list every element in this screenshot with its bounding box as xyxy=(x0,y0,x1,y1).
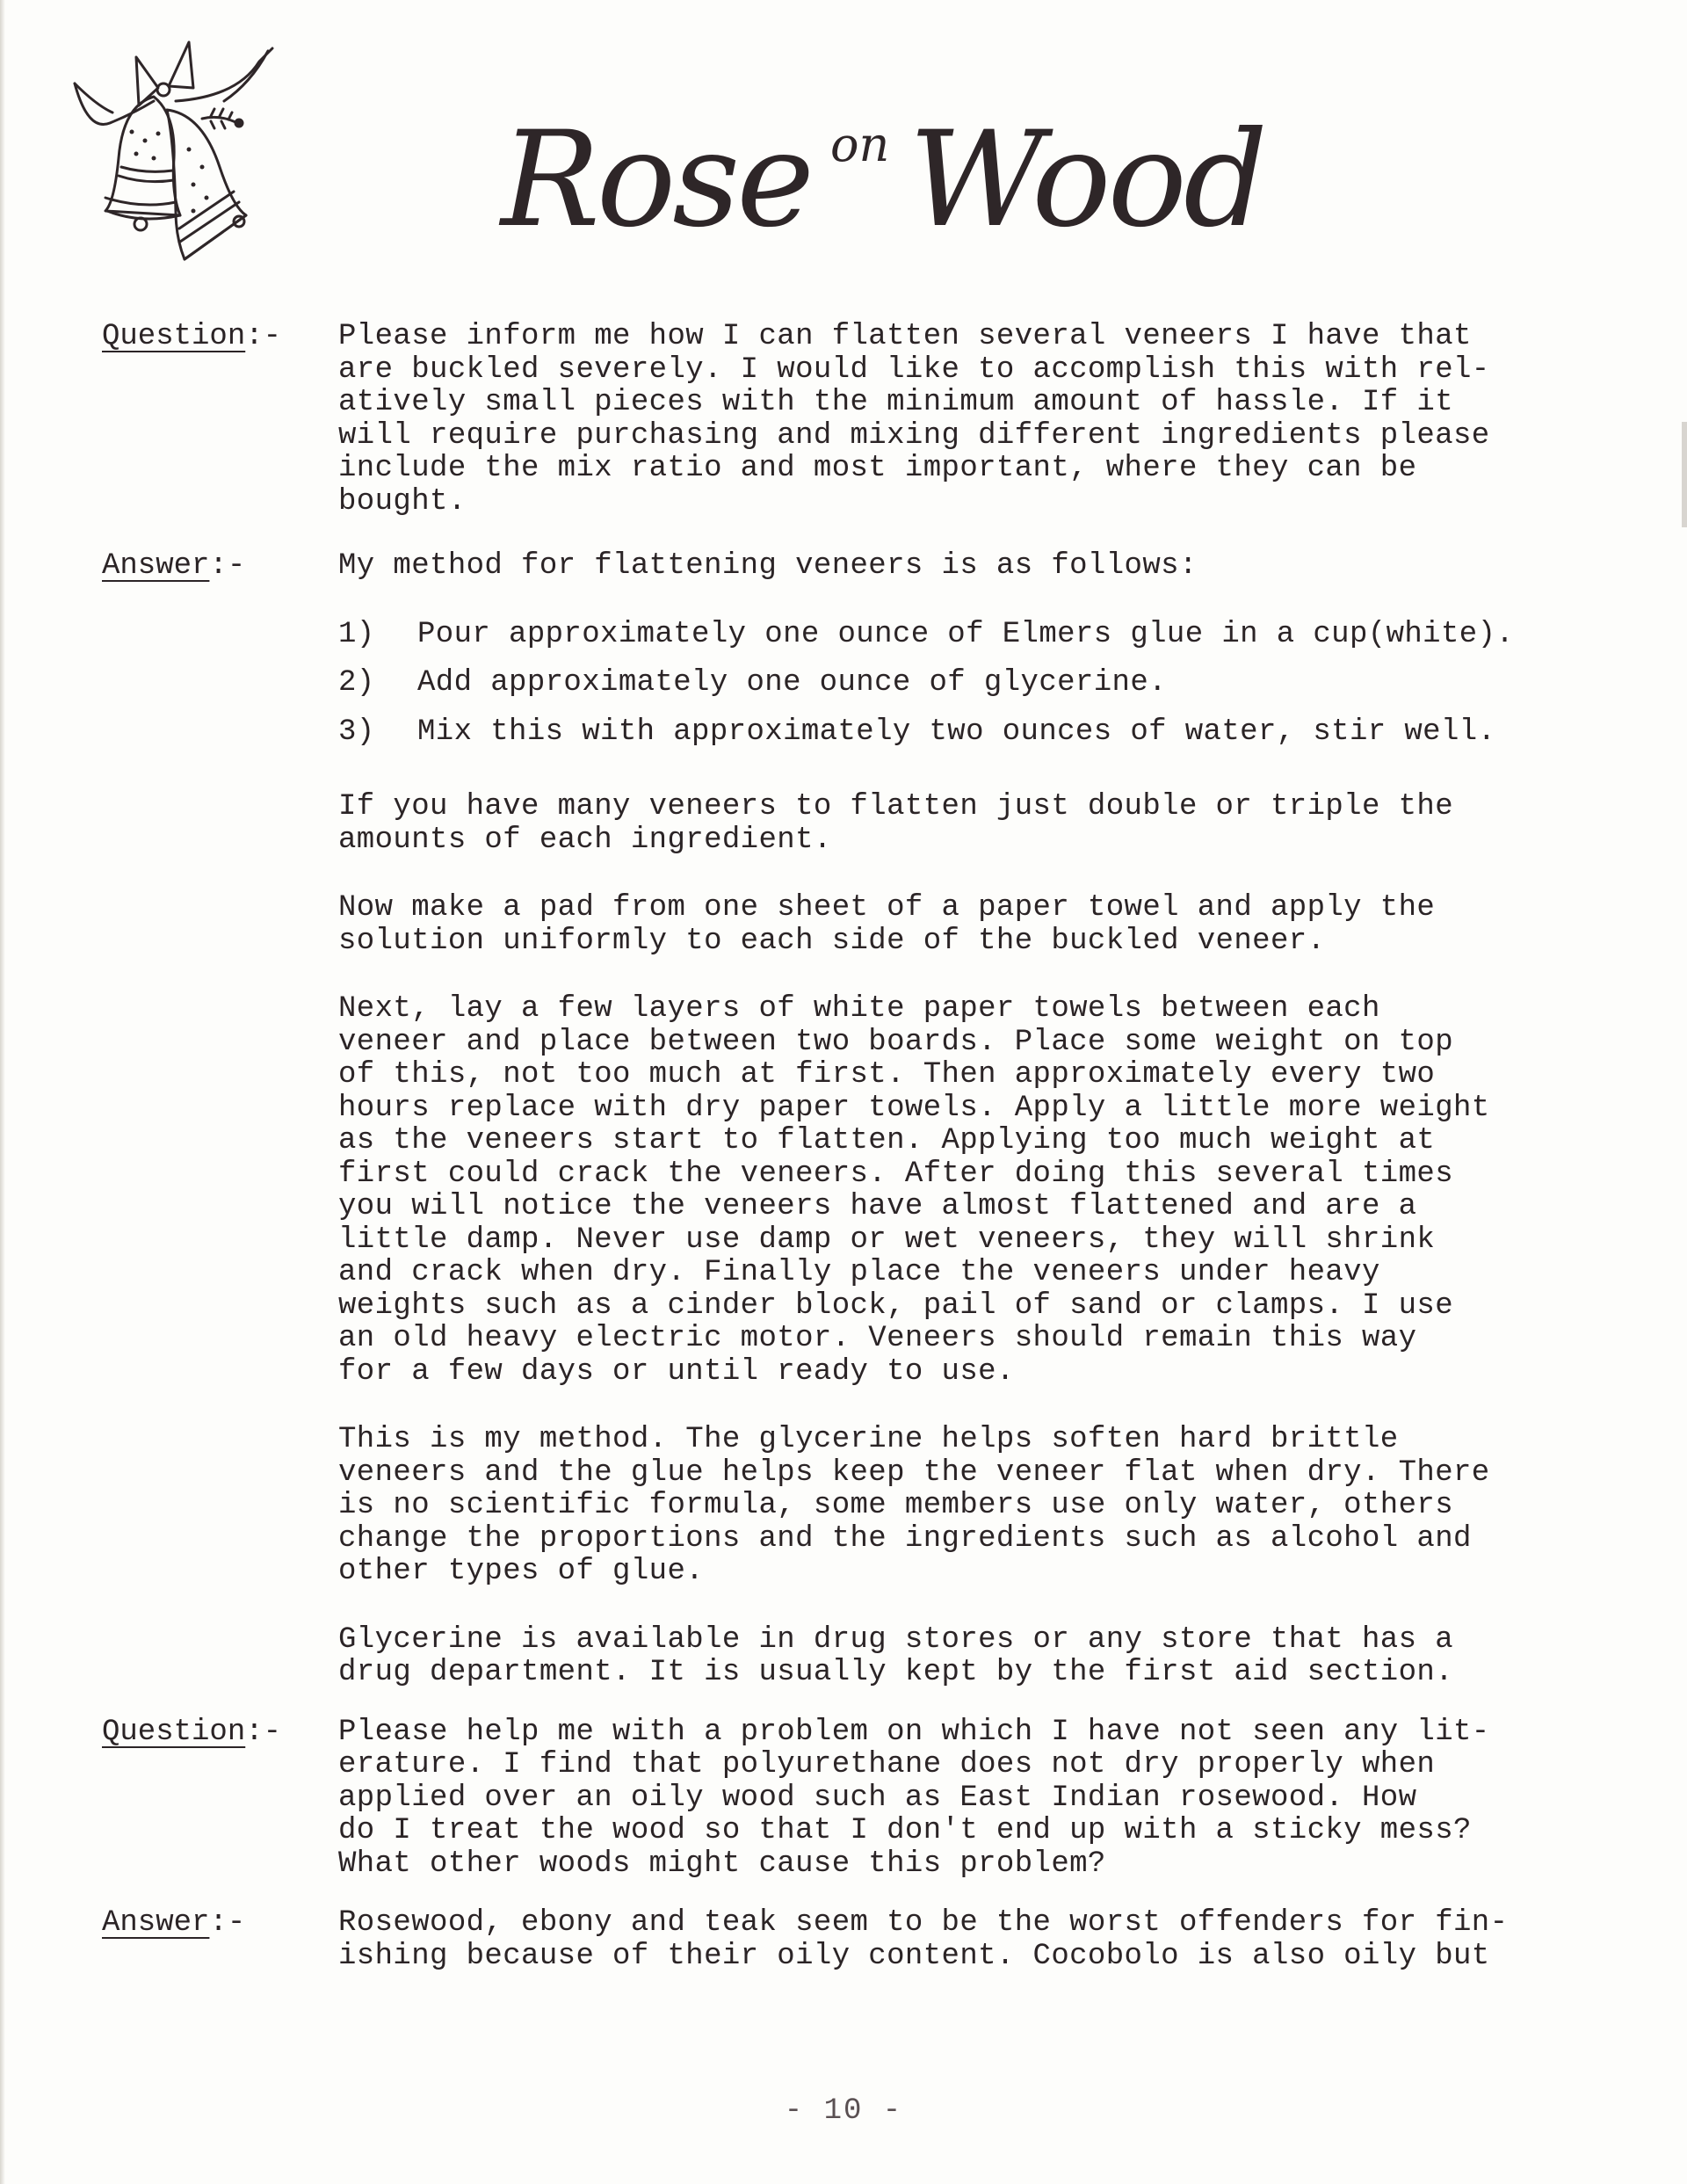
article-body: Question:- Please inform me how I can fl… xyxy=(0,321,1687,1973)
question-text: Please help me with a problem on which I… xyxy=(338,1716,1630,1882)
masthead-word-on: on xyxy=(830,121,889,169)
answer-intro: My method for flattening veneers is as f… xyxy=(338,550,1630,584)
answer-paragraph: Now make a pad from one sheet of a paper… xyxy=(338,892,1630,958)
masthead-title: Rose on Wood xyxy=(501,35,1264,246)
question-label: Question:- xyxy=(102,321,281,353)
question-block: Question:- Please help me with a problem… xyxy=(0,1716,1687,1882)
page-number: - 10 - xyxy=(0,2094,1687,2128)
step-item: 2) Add approximately one ounce of glycer… xyxy=(338,667,1687,700)
step-number: 2) xyxy=(338,667,417,700)
masthead-word-wood: Wood xyxy=(909,114,1264,246)
question-text: Please inform me how I can flatten sever… xyxy=(338,321,1630,519)
question-label: Question:- xyxy=(102,1716,281,1749)
answer-text: Rosewood, ebony and teak seem to be the … xyxy=(338,1907,1630,1973)
masthead-header: Rose on Wood xyxy=(70,35,1213,272)
step-item: 3) Mix this with approximately two ounce… xyxy=(338,716,1687,750)
step-number: 1) xyxy=(338,619,417,652)
answer-paragraph: If you have many veneers to flatten just… xyxy=(338,791,1630,857)
step-text: Pour approximately one ounce of Elmers g… xyxy=(417,619,1514,652)
answer-paragraph: Glycerine is available in drug stores or… xyxy=(338,1624,1630,1690)
answer-paragraph: This is my method. The glycerine helps s… xyxy=(338,1424,1630,1589)
question-block: Question:- Please inform me how I can fl… xyxy=(0,321,1687,519)
masthead-word-rose: Rose xyxy=(501,114,811,246)
step-text: Mix this with approximately two ounces o… xyxy=(417,716,1495,750)
answer-label: Answer:- xyxy=(102,1907,245,1940)
wedding-bells-icon xyxy=(70,35,360,272)
answer-block: Answer:- My method for flattening veneer… xyxy=(0,550,1687,1690)
step-number: 3) xyxy=(338,716,417,750)
steps-list: 1) Pour approximately one ounce of Elmer… xyxy=(338,619,1687,750)
answer-label: Answer:- xyxy=(102,550,245,583)
answer-block: Answer:- Rosewood, ebony and teak seem t… xyxy=(0,1907,1687,1973)
step-text: Add approximately one ounce of glycerine… xyxy=(417,667,1167,700)
step-item: 1) Pour approximately one ounce of Elmer… xyxy=(338,619,1687,652)
answer-paragraph: Next, lay a few layers of white paper to… xyxy=(338,993,1630,1389)
